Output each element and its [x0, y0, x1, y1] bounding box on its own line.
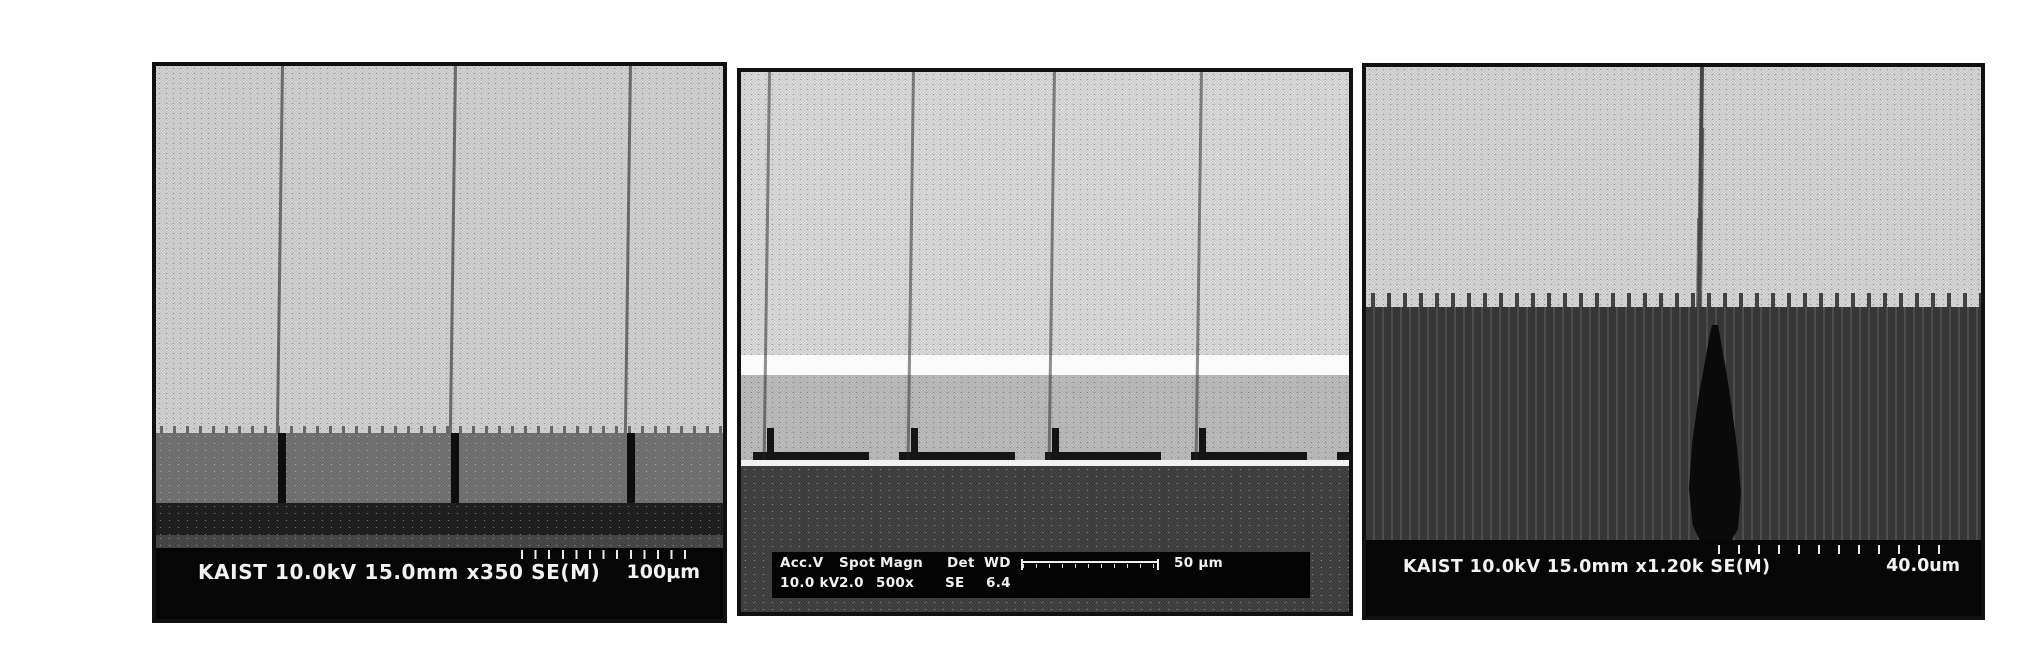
scale-label: 100μm [627, 561, 700, 583]
sem-panel-x350: KAIST 10.0kV 15.0mm x350 SE(M) 100μm [152, 62, 727, 623]
scale-label: 40.0um [1886, 556, 1960, 576]
micrograph-block-band [741, 375, 1349, 460]
header-det: Det [947, 555, 975, 571]
trench-foot [911, 428, 918, 460]
header-wd: WD [984, 555, 1011, 571]
scale-label: 50 μm [1174, 555, 1223, 571]
value-det: SE [945, 575, 965, 591]
value-magn: 500x [876, 575, 914, 591]
scale-ruler-ticks [521, 550, 698, 559]
block-base-shadow [741, 452, 1349, 460]
value-spot: 2.0 [839, 575, 864, 591]
value-wd: 6.4 [986, 575, 1011, 591]
micrograph-upper-surface [1366, 67, 1981, 307]
micrograph-caption: KAIST 10.0kV 15.0mm x350 SE(M) [198, 560, 600, 584]
trench-foot [1199, 428, 1206, 460]
value-acc-v: 10.0 kV [780, 575, 840, 591]
micrograph-bright-band [741, 355, 1349, 375]
micrograph-caption: KAIST 10.0kV 15.0mm x1.20k SE(M) [1403, 557, 1770, 577]
trench-groove [451, 433, 459, 503]
trench-foot [1052, 428, 1059, 460]
info-bar: KAIST 10.0kV 15.0mm x1.20k SE(M) 40.0um [1366, 540, 1981, 616]
trench-groove [278, 433, 286, 503]
scale-ruler-ticks [1718, 545, 1958, 554]
micrograph-upper-surface [156, 66, 723, 433]
micrograph-upper-surface [741, 72, 1349, 355]
header-spot: Spot [839, 555, 875, 571]
micrograph-substrate [1366, 307, 1981, 540]
micrograph-substrate-strip [156, 535, 723, 548]
trench-foot [767, 428, 774, 460]
info-bar: Acc.V Spot Magn Det WD 10.0 kV 2.0 500x … [772, 552, 1310, 598]
info-bar: KAIST 10.0kV 15.0mm x350 SE(M) 100μm [156, 548, 723, 619]
micrograph-substrate [156, 503, 723, 535]
sem-figure: KAIST 10.0kV 15.0mm x350 SE(M) 100μm Acc… [0, 0, 2044, 645]
header-acc-v: Acc.V [780, 555, 824, 571]
scale-bar [1021, 559, 1159, 570]
trench-groove [627, 433, 635, 503]
sem-panel-x1-20k: KAIST 10.0kV 15.0mm x1.20k SE(M) 40.0um [1362, 63, 1985, 620]
header-magn: Magn [880, 555, 923, 571]
micrograph-sidewall-band [156, 433, 723, 503]
sem-panel-500x: Acc.V Spot Magn Det WD 10.0 kV 2.0 500x … [737, 68, 1353, 616]
